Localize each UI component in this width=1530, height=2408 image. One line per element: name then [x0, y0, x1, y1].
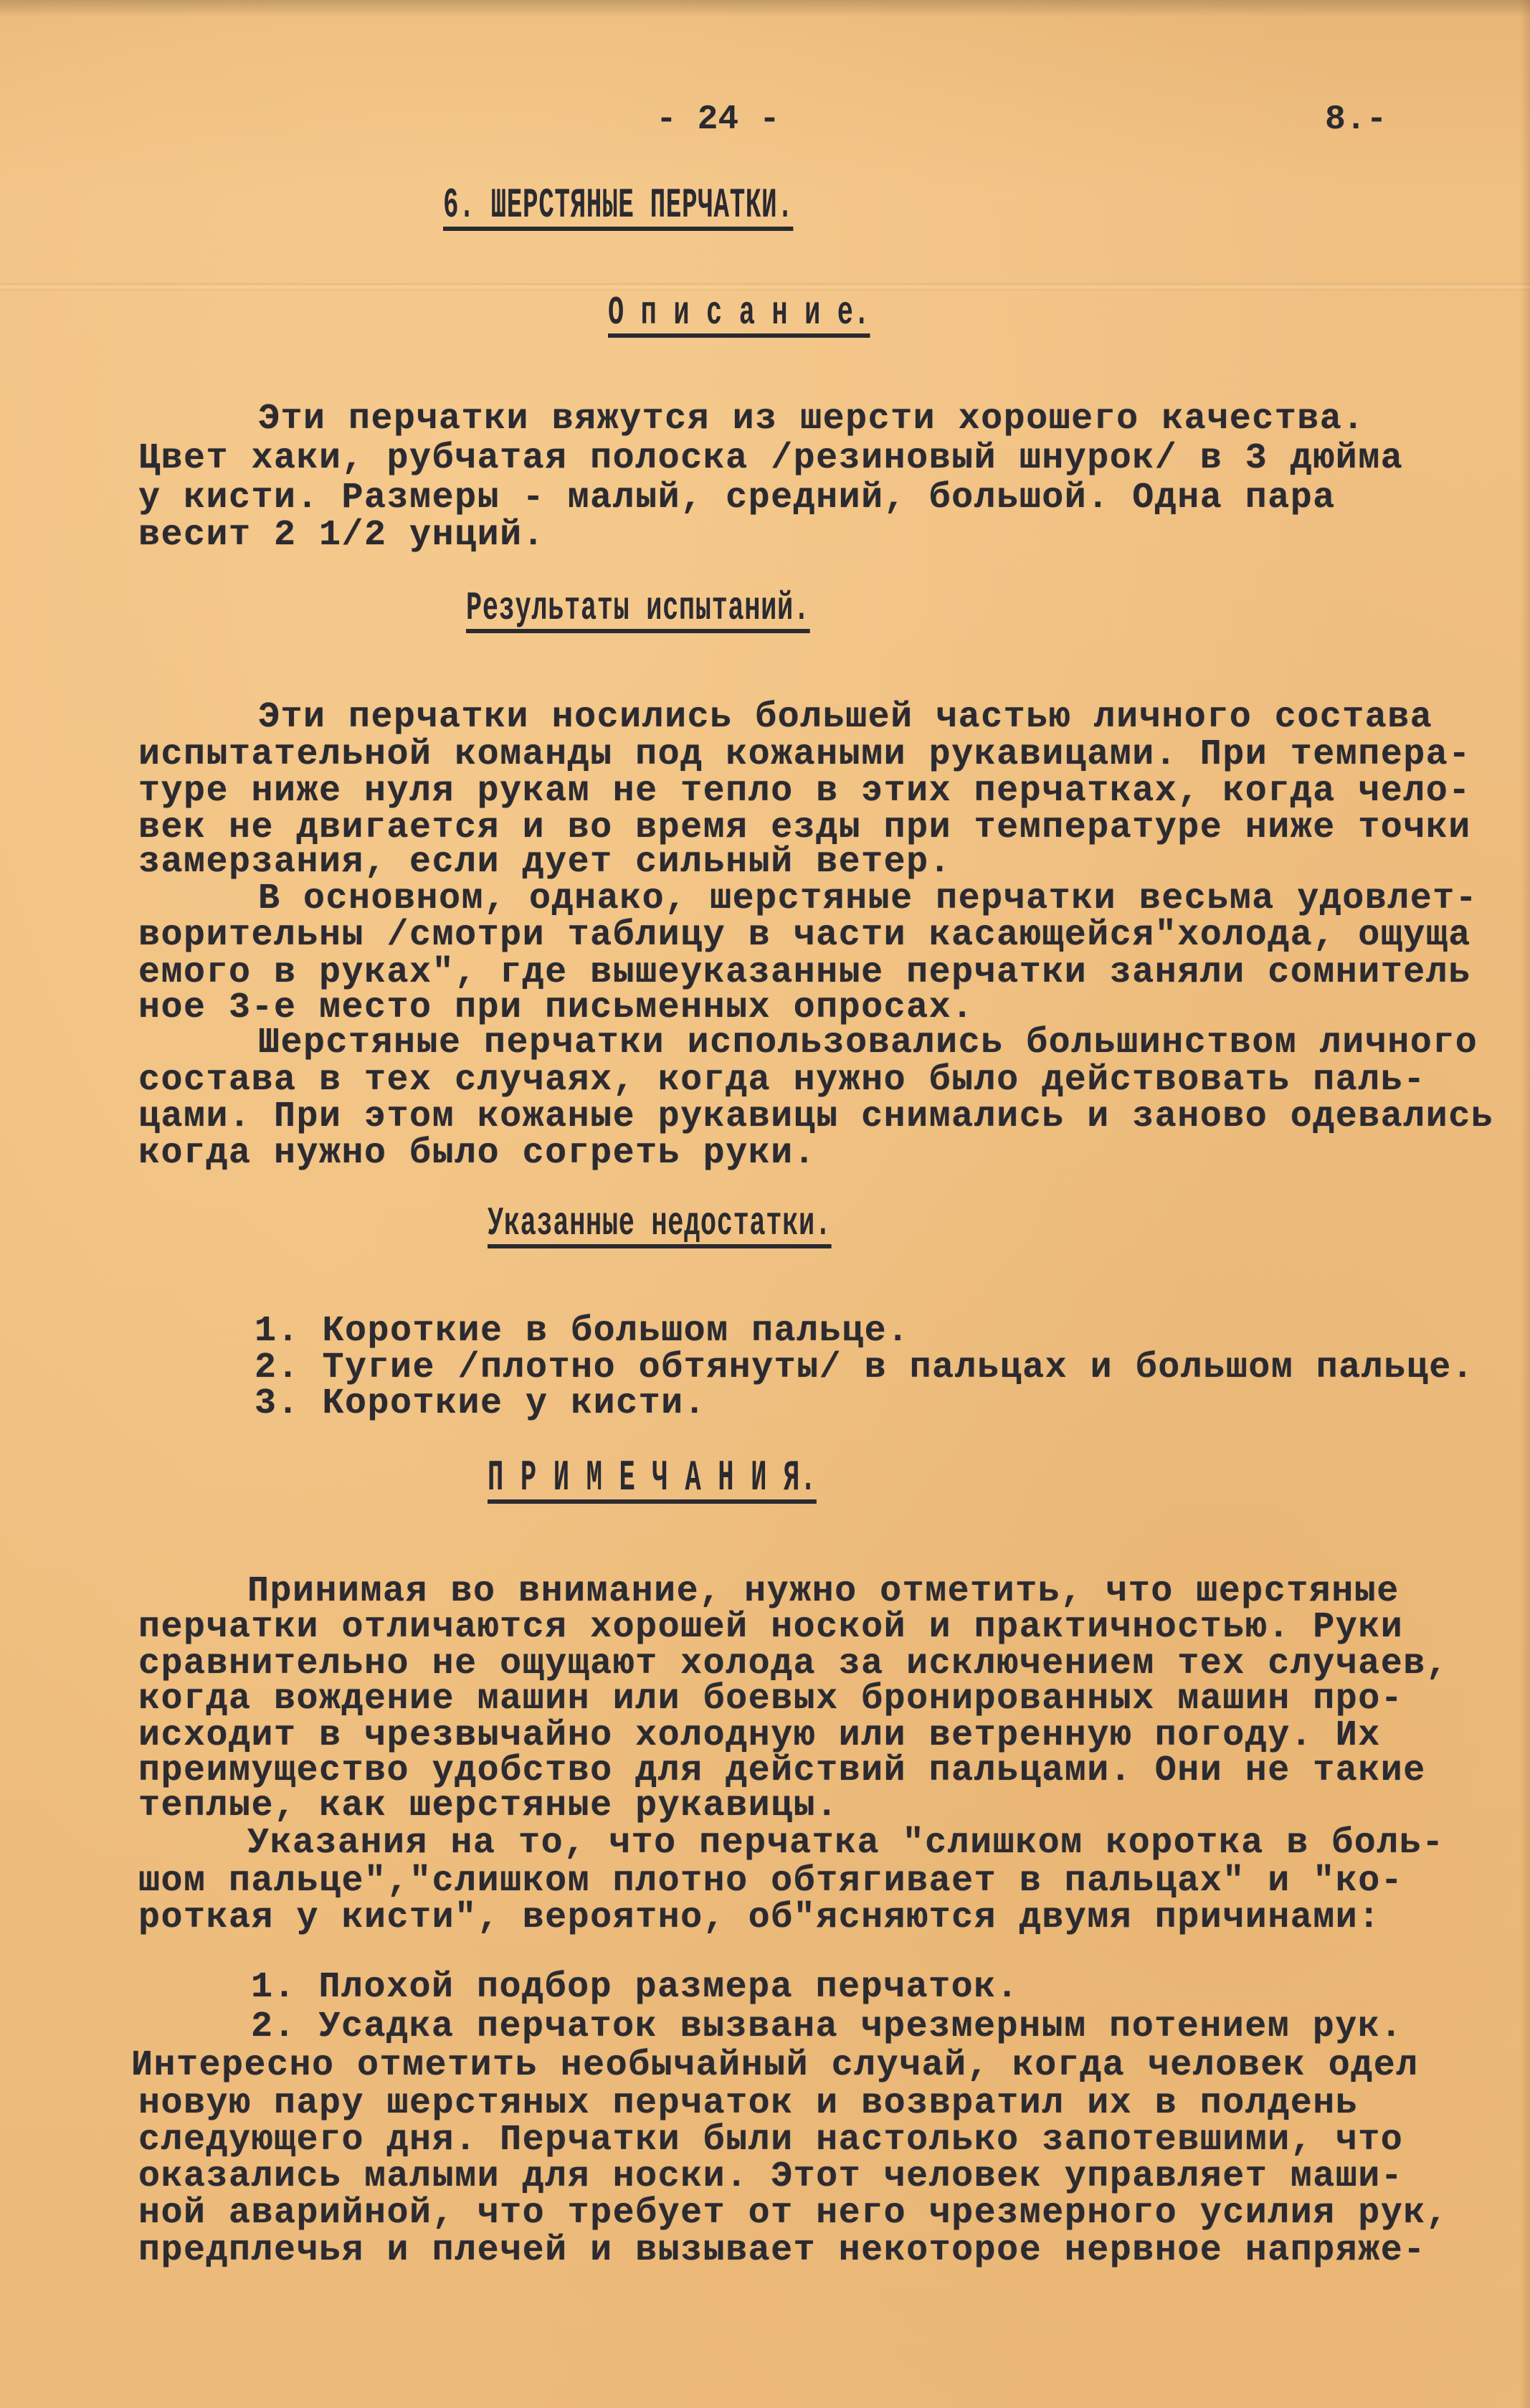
notes-continuation-line: новую пару шерстяных перчаток и возврати… — [138, 2086, 1358, 2122]
scan-top-shadow — [0, 0, 1530, 17]
notes-line: шом пальце","слишком плотно обтягивает в… — [138, 1864, 1403, 1900]
notes-line: роткая у кисти", вероятно, об"ясняются д… — [138, 1900, 1381, 1936]
description-line: Цвет хаки, рубчатая полоска /резиновый ш… — [138, 441, 1403, 477]
notes-line: перчатки отличаются хорошей ноской и пра… — [138, 1610, 1403, 1646]
results-line: В основном, однако, шерстяные перчатки в… — [258, 881, 1478, 917]
defect-item: 1. Короткие в большом пальце. — [255, 1314, 910, 1350]
description-line: весит 2 1/2 унций. — [138, 518, 545, 554]
section-heading-defects: Указанные недостатки. — [488, 1205, 832, 1242]
notes-continuation-line: следующего дня. Перчатки были настолько … — [138, 2123, 1403, 2158]
paper-right-edge — [1520, 0, 1530, 2408]
results-line: туре ниже нуля рукам не тепло в этих пер… — [138, 774, 1471, 810]
results-line: замерзания, если дует сильный ветер. — [138, 845, 951, 881]
results-line: когда нужно было согреть руки. — [138, 1136, 816, 1172]
description-line: Эти перчатки вяжутся из шерсти хорошего … — [258, 402, 1365, 437]
results-line: цами. При этом кожаные рукавицы снималис… — [138, 1099, 1493, 1135]
results-line: век не двигается и во время езды при тем… — [138, 810, 1471, 846]
section-heading-description: О п и с а н и е. — [608, 294, 870, 331]
results-line: состава в тех случаях, когда нужно было … — [138, 1063, 1426, 1099]
notes-line: Указания на то, что перчатка "слишком ко… — [247, 1826, 1445, 1862]
notes-line: преимущество удобство для действий пальц… — [138, 1753, 1426, 1789]
defect-item: 2. Тугие /плотно обтянуты/ в пальцах и б… — [255, 1350, 1474, 1386]
results-line: емого в руках", где вышеуказанные перчат… — [138, 955, 1471, 991]
notes-line: теплые, как шерстяные рукавицы. — [138, 1788, 839, 1824]
notes-continuation-line: Интересно отметить необычайный случай, к… — [131, 2048, 1419, 2084]
document-title: 6. ШЕРСТЯНЫЕ ПЕРЧАТКИ. — [443, 188, 793, 225]
notes-line: Принимая во внимание, нужно отметить, чт… — [247, 1574, 1400, 1610]
notes-continuation-line: оказались малыми для носки. Этот человек… — [138, 2159, 1403, 2195]
page-number: - 24 - — [656, 100, 780, 139]
results-line: испытательной команды под кожаными рукав… — [138, 737, 1471, 773]
section-heading-notes: П Р И М Е Ч А Н И Я. — [488, 1460, 817, 1497]
notes-line: исходит в чрезвычайно холодную или ветре… — [138, 1718, 1381, 1754]
cause-item: 1. Плохой подбор размера перчаток. — [251, 1970, 1019, 2006]
results-line: ное 3-е место при письменных опросах. — [138, 990, 974, 1026]
notes-continuation-line: предплечья и плечей и вызывает некоторое… — [138, 2233, 1426, 2269]
description-line: у кисти. Размеры - малый, средний, больш… — [138, 480, 1336, 516]
results-line: Эти перчатки носились большей частью лич… — [258, 700, 1432, 736]
notes-line: когда вождение машин или боевых брониров… — [138, 1682, 1403, 1717]
defect-item: 3. Короткие у кисти. — [255, 1386, 706, 1422]
sheet-number: 8.- — [1325, 100, 1387, 139]
results-line: ворительны /смотри таблицу в части касаю… — [138, 918, 1471, 954]
notes-line: сравнительно не ощущают холода за исключ… — [138, 1646, 1448, 1682]
results-line: Шерстяные перчатки использовались больши… — [258, 1025, 1478, 1061]
section-heading-results: Результаты испытаний. — [466, 589, 810, 627]
cause-item: 2. Усадка перчаток вызвана чрезмерным по… — [251, 2009, 1403, 2045]
notes-continuation-line: ной аварийной, что требует от него чрезм… — [138, 2196, 1448, 2232]
